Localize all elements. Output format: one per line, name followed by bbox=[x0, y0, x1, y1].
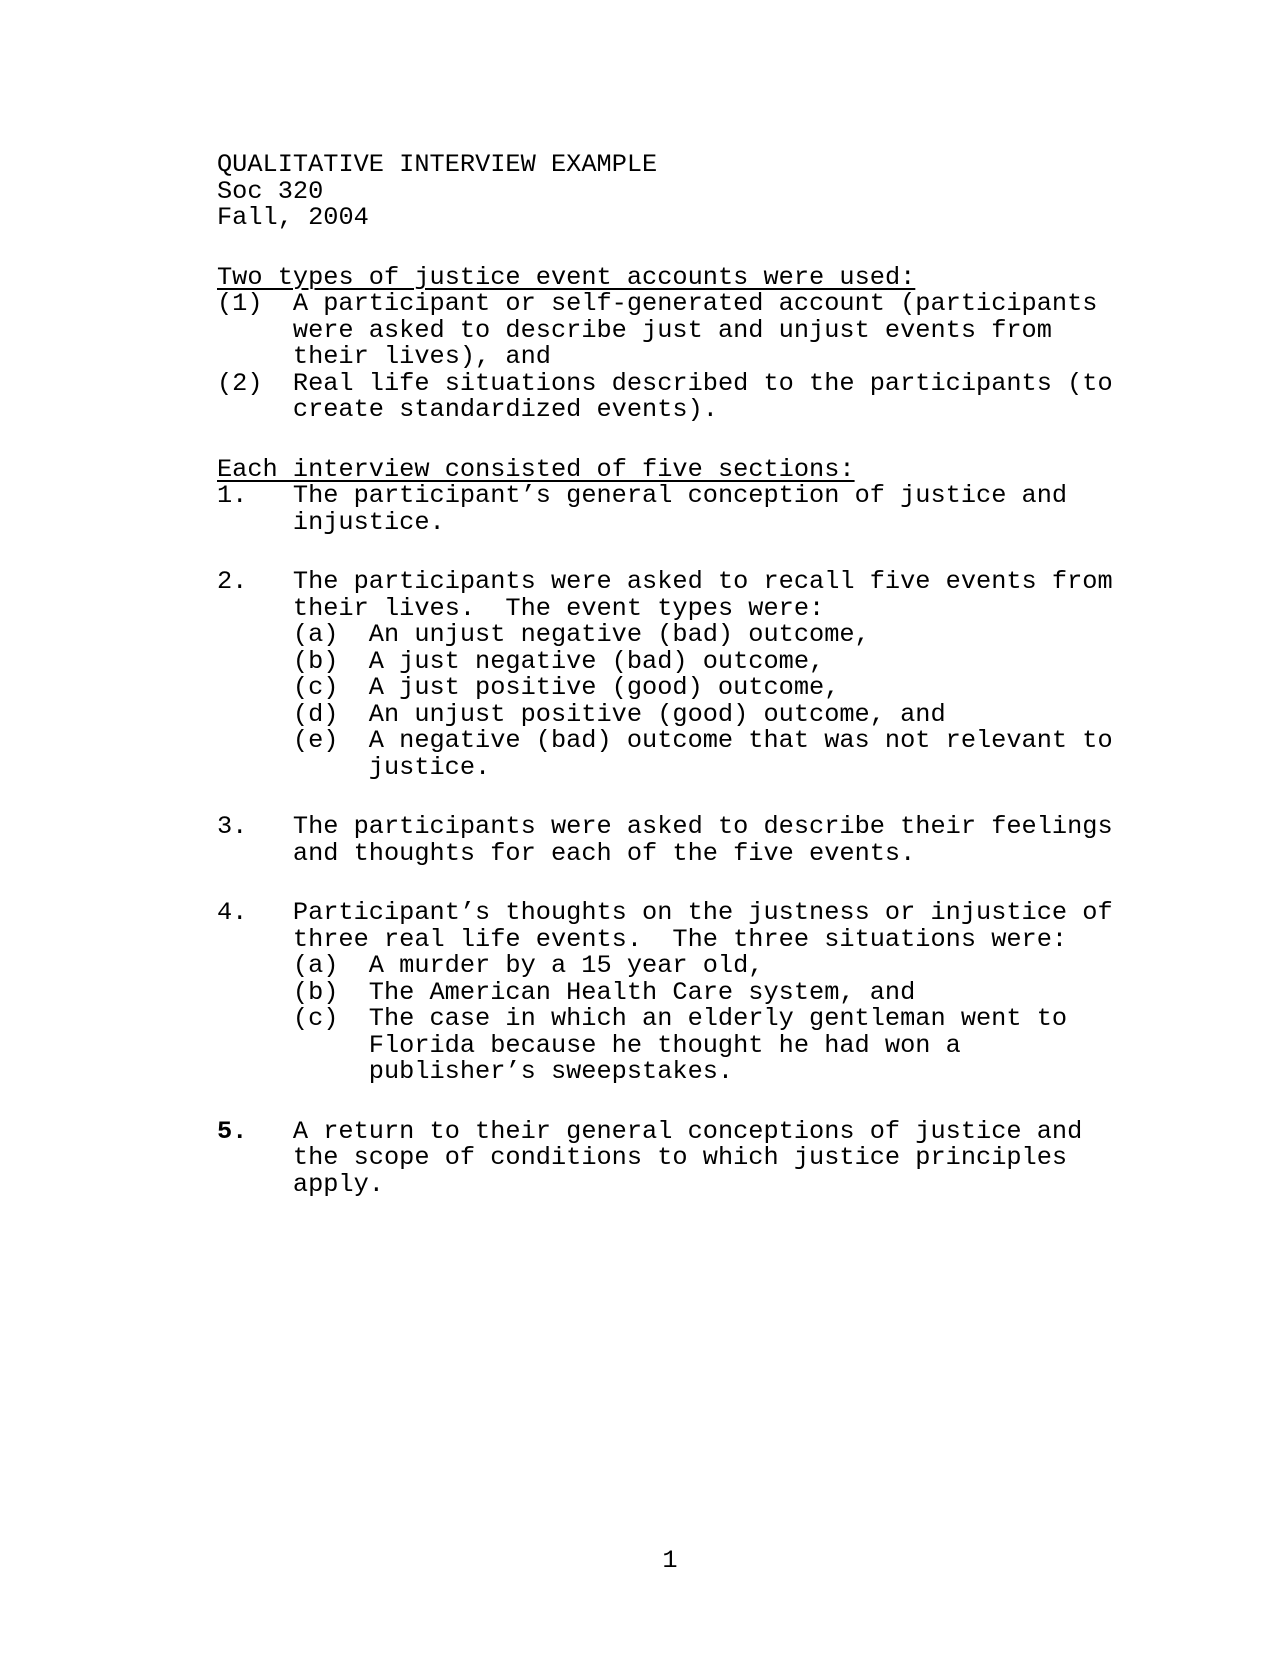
item-line: and thoughts for each of the five events… bbox=[293, 841, 1157, 868]
sub-item-a: (a) A murder by a 15 year old, bbox=[293, 953, 1157, 980]
list-item-section-3: 3. The participants were asked to descri… bbox=[217, 814, 1157, 867]
item-line: the scope of conditions to which justice… bbox=[293, 1145, 1157, 1172]
sub-item-line: Florida because he thought he had won a bbox=[369, 1033, 1157, 1060]
term-line: Fall, 2004 bbox=[217, 205, 1157, 232]
list-item-section-5: 5. A return to their general conceptions… bbox=[217, 1119, 1157, 1199]
section-heading-account-types: Two types of justice event accounts were… bbox=[217, 265, 1157, 292]
sub-item-b: (b) The American Health Care system, and bbox=[293, 980, 1157, 1007]
sub-item-label: (b) bbox=[293, 980, 339, 1007]
item-line: their lives. The event types were: bbox=[293, 596, 1157, 623]
document-content: QUALITATIVE INTERVIEW EXAMPLE Soc 320 Fa… bbox=[217, 152, 1157, 1198]
sub-item-d: (d) An unjust positive (good) outcome, a… bbox=[293, 702, 1157, 729]
list-item-section-4: 4. Participant’s thoughts on the justnes… bbox=[217, 900, 1157, 1086]
sub-item-label: (a) bbox=[293, 953, 339, 980]
item-line: The participants were asked to describe … bbox=[293, 814, 1157, 841]
sub-item-line: A just negative (bad) outcome, bbox=[369, 649, 1157, 676]
sub-item-label: (d) bbox=[293, 702, 339, 729]
sub-item-label: (b) bbox=[293, 649, 339, 676]
sub-item-a: (a) An unjust negative (bad) outcome, bbox=[293, 622, 1157, 649]
item-line: A return to their general conceptions of… bbox=[293, 1119, 1157, 1146]
item-line: injustice. bbox=[293, 510, 1157, 537]
item-label: 3. bbox=[217, 814, 247, 841]
item-line: create standardized events). bbox=[293, 397, 1157, 424]
course-line: Soc 320 bbox=[217, 179, 1157, 206]
sub-item-line: The case in which an elderly gentleman w… bbox=[369, 1006, 1157, 1033]
item-line: their lives), and bbox=[293, 344, 1157, 371]
item-line: A participant or self-generated account … bbox=[293, 291, 1157, 318]
item-line: three real life events. The three situat… bbox=[293, 927, 1157, 954]
item-line: The participants were asked to recall fi… bbox=[293, 569, 1157, 596]
sub-item-line: An unjust positive (good) outcome, and bbox=[369, 702, 1157, 729]
sub-item-line: publisher’s sweepstakes. bbox=[369, 1059, 1157, 1086]
document-page: QUALITATIVE INTERVIEW EXAMPLE Soc 320 Fa… bbox=[0, 0, 1280, 1656]
sub-item-line: A murder by a 15 year old, bbox=[369, 953, 1157, 980]
list-item-account-type-1: (1) A participant or self-generated acco… bbox=[217, 291, 1157, 371]
sub-item-line: An unjust negative (bad) outcome, bbox=[369, 622, 1157, 649]
page-number: 1 bbox=[640, 1548, 700, 1575]
sub-item-line: justice. bbox=[369, 755, 1157, 782]
sub-item-b: (b) A just negative (bad) outcome, bbox=[293, 649, 1157, 676]
item-line: Real life situations described to the pa… bbox=[293, 371, 1157, 398]
sub-item-label: (c) bbox=[293, 1006, 339, 1033]
item-label: 4. bbox=[217, 900, 247, 927]
sub-item-line: A negative (bad) outcome that was not re… bbox=[369, 728, 1157, 755]
sub-item-label: (c) bbox=[293, 675, 339, 702]
item-label: (1) bbox=[217, 291, 263, 318]
list-item-section-2: 2. The participants were asked to recall… bbox=[217, 569, 1157, 781]
sub-item-e: (e) A negative (bad) outcome that was no… bbox=[293, 728, 1157, 781]
list-item-section-1: 1. The participant’s general conception … bbox=[217, 483, 1157, 536]
sub-item-c: (c) A just positive (good) outcome, bbox=[293, 675, 1157, 702]
item-label: 5. bbox=[217, 1119, 247, 1146]
item-line: Participant’s thoughts on the justness o… bbox=[293, 900, 1157, 927]
sub-item-label: (e) bbox=[293, 728, 339, 755]
item-label: 1. bbox=[217, 483, 247, 510]
document-title: QUALITATIVE INTERVIEW EXAMPLE bbox=[217, 152, 1157, 179]
sub-item-line: A just positive (good) outcome, bbox=[369, 675, 1157, 702]
item-line: were asked to describe just and unjust e… bbox=[293, 318, 1157, 345]
item-label: (2) bbox=[217, 371, 263, 398]
sub-item-c: (c) The case in which an elderly gentlem… bbox=[293, 1006, 1157, 1086]
section-heading-interview-sections: Each interview consisted of five section… bbox=[217, 457, 1157, 484]
item-line: The participant’s general conception of … bbox=[293, 483, 1157, 510]
list-item-account-type-2: (2) Real life situations described to th… bbox=[217, 371, 1157, 424]
sub-item-line: The American Health Care system, and bbox=[369, 980, 1157, 1007]
sub-item-label: (a) bbox=[293, 622, 339, 649]
item-label: 2. bbox=[217, 569, 247, 596]
item-line: apply. bbox=[293, 1172, 1157, 1199]
